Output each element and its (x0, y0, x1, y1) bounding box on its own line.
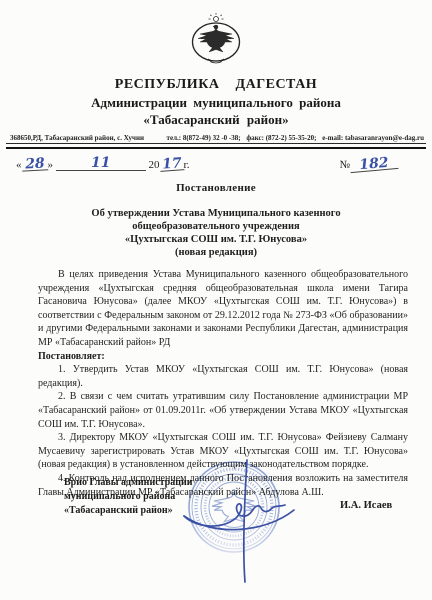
subject-line-1: Об утверждении Устава Муниципального каз… (0, 207, 432, 220)
handwritten-signature (176, 456, 318, 593)
header-republic: РЕСПУБЛИКА ДАГЕСТАН (0, 77, 432, 93)
signatory-name: И.А. Исаев (340, 500, 392, 511)
position-line-2: муниципального района (64, 490, 193, 504)
handwritten-month: 11 (91, 155, 110, 171)
signatory-position-block: Врио Главы администрации муниципального … (64, 476, 193, 517)
resolution-item-2: 2. В связи с чем считать утратившим силу… (38, 390, 408, 431)
contact-address: 368650,РД, Табасаранский район, с. Хучни (10, 134, 144, 142)
handwritten-number: 182 (350, 156, 399, 173)
handwritten-day: 28 (21, 157, 48, 171)
intro-paragraph: В целях приведения Устава Муниципального… (38, 268, 408, 350)
document-type-title: Постановление (0, 182, 432, 194)
open-quote: « (16, 159, 22, 171)
dagestan-coat-of-arms-icon (185, 13, 247, 67)
subject-heading: Об утверждении Устава Муниципального каз… (0, 207, 432, 259)
contact-line: 368650,РД, Табасаранский район, с. Хучни… (10, 134, 424, 142)
position-line-1: Врио Главы администрации (64, 476, 193, 490)
year-prefix: 20 (149, 159, 160, 171)
emblem-container (0, 0, 432, 72)
date-group: «28» 11 2017г. (16, 157, 190, 171)
header-organization: Администрации муниципального района (0, 95, 432, 111)
resolution-item-1: 1. Утвердить Устав МКОУ «Цухтыгская СОШ … (38, 363, 408, 390)
contact-phone: тел.: 8(872-49) 32 -0 -38; (167, 134, 241, 142)
document-page: РЕСПУБЛИКА ДАГЕСТАН Администрации муници… (0, 0, 432, 600)
month-blank: 11 (56, 157, 146, 171)
subject-line-3: «Цухтыгская СОШ им. Т.Г. Юнусова» (0, 233, 432, 246)
contact-email: e-mail: tabasaranrayon@e-dag.ru (322, 134, 424, 142)
contact-right: тел.: 8(872-49) 32 -0 -38; факс: (872-2)… (163, 134, 424, 142)
subject-line-4: (новая редакция) (0, 246, 432, 259)
header-divider (6, 143, 426, 149)
date-number-row: «28» 11 2017г. №182 (16, 157, 398, 171)
number-group: №182 (340, 158, 399, 171)
handwritten-year: 17 (159, 157, 184, 172)
contact-fax: факс: (872-2) 55-35-20; (246, 134, 316, 142)
position-line-3: «Табасаранский район» (64, 504, 193, 518)
number-label: № (340, 159, 351, 171)
header-district: «Табасаранский район» (0, 112, 432, 128)
resolves-label: Постановляет: (38, 350, 408, 364)
subject-line-2: общеобразовательного учреждения (0, 220, 432, 233)
